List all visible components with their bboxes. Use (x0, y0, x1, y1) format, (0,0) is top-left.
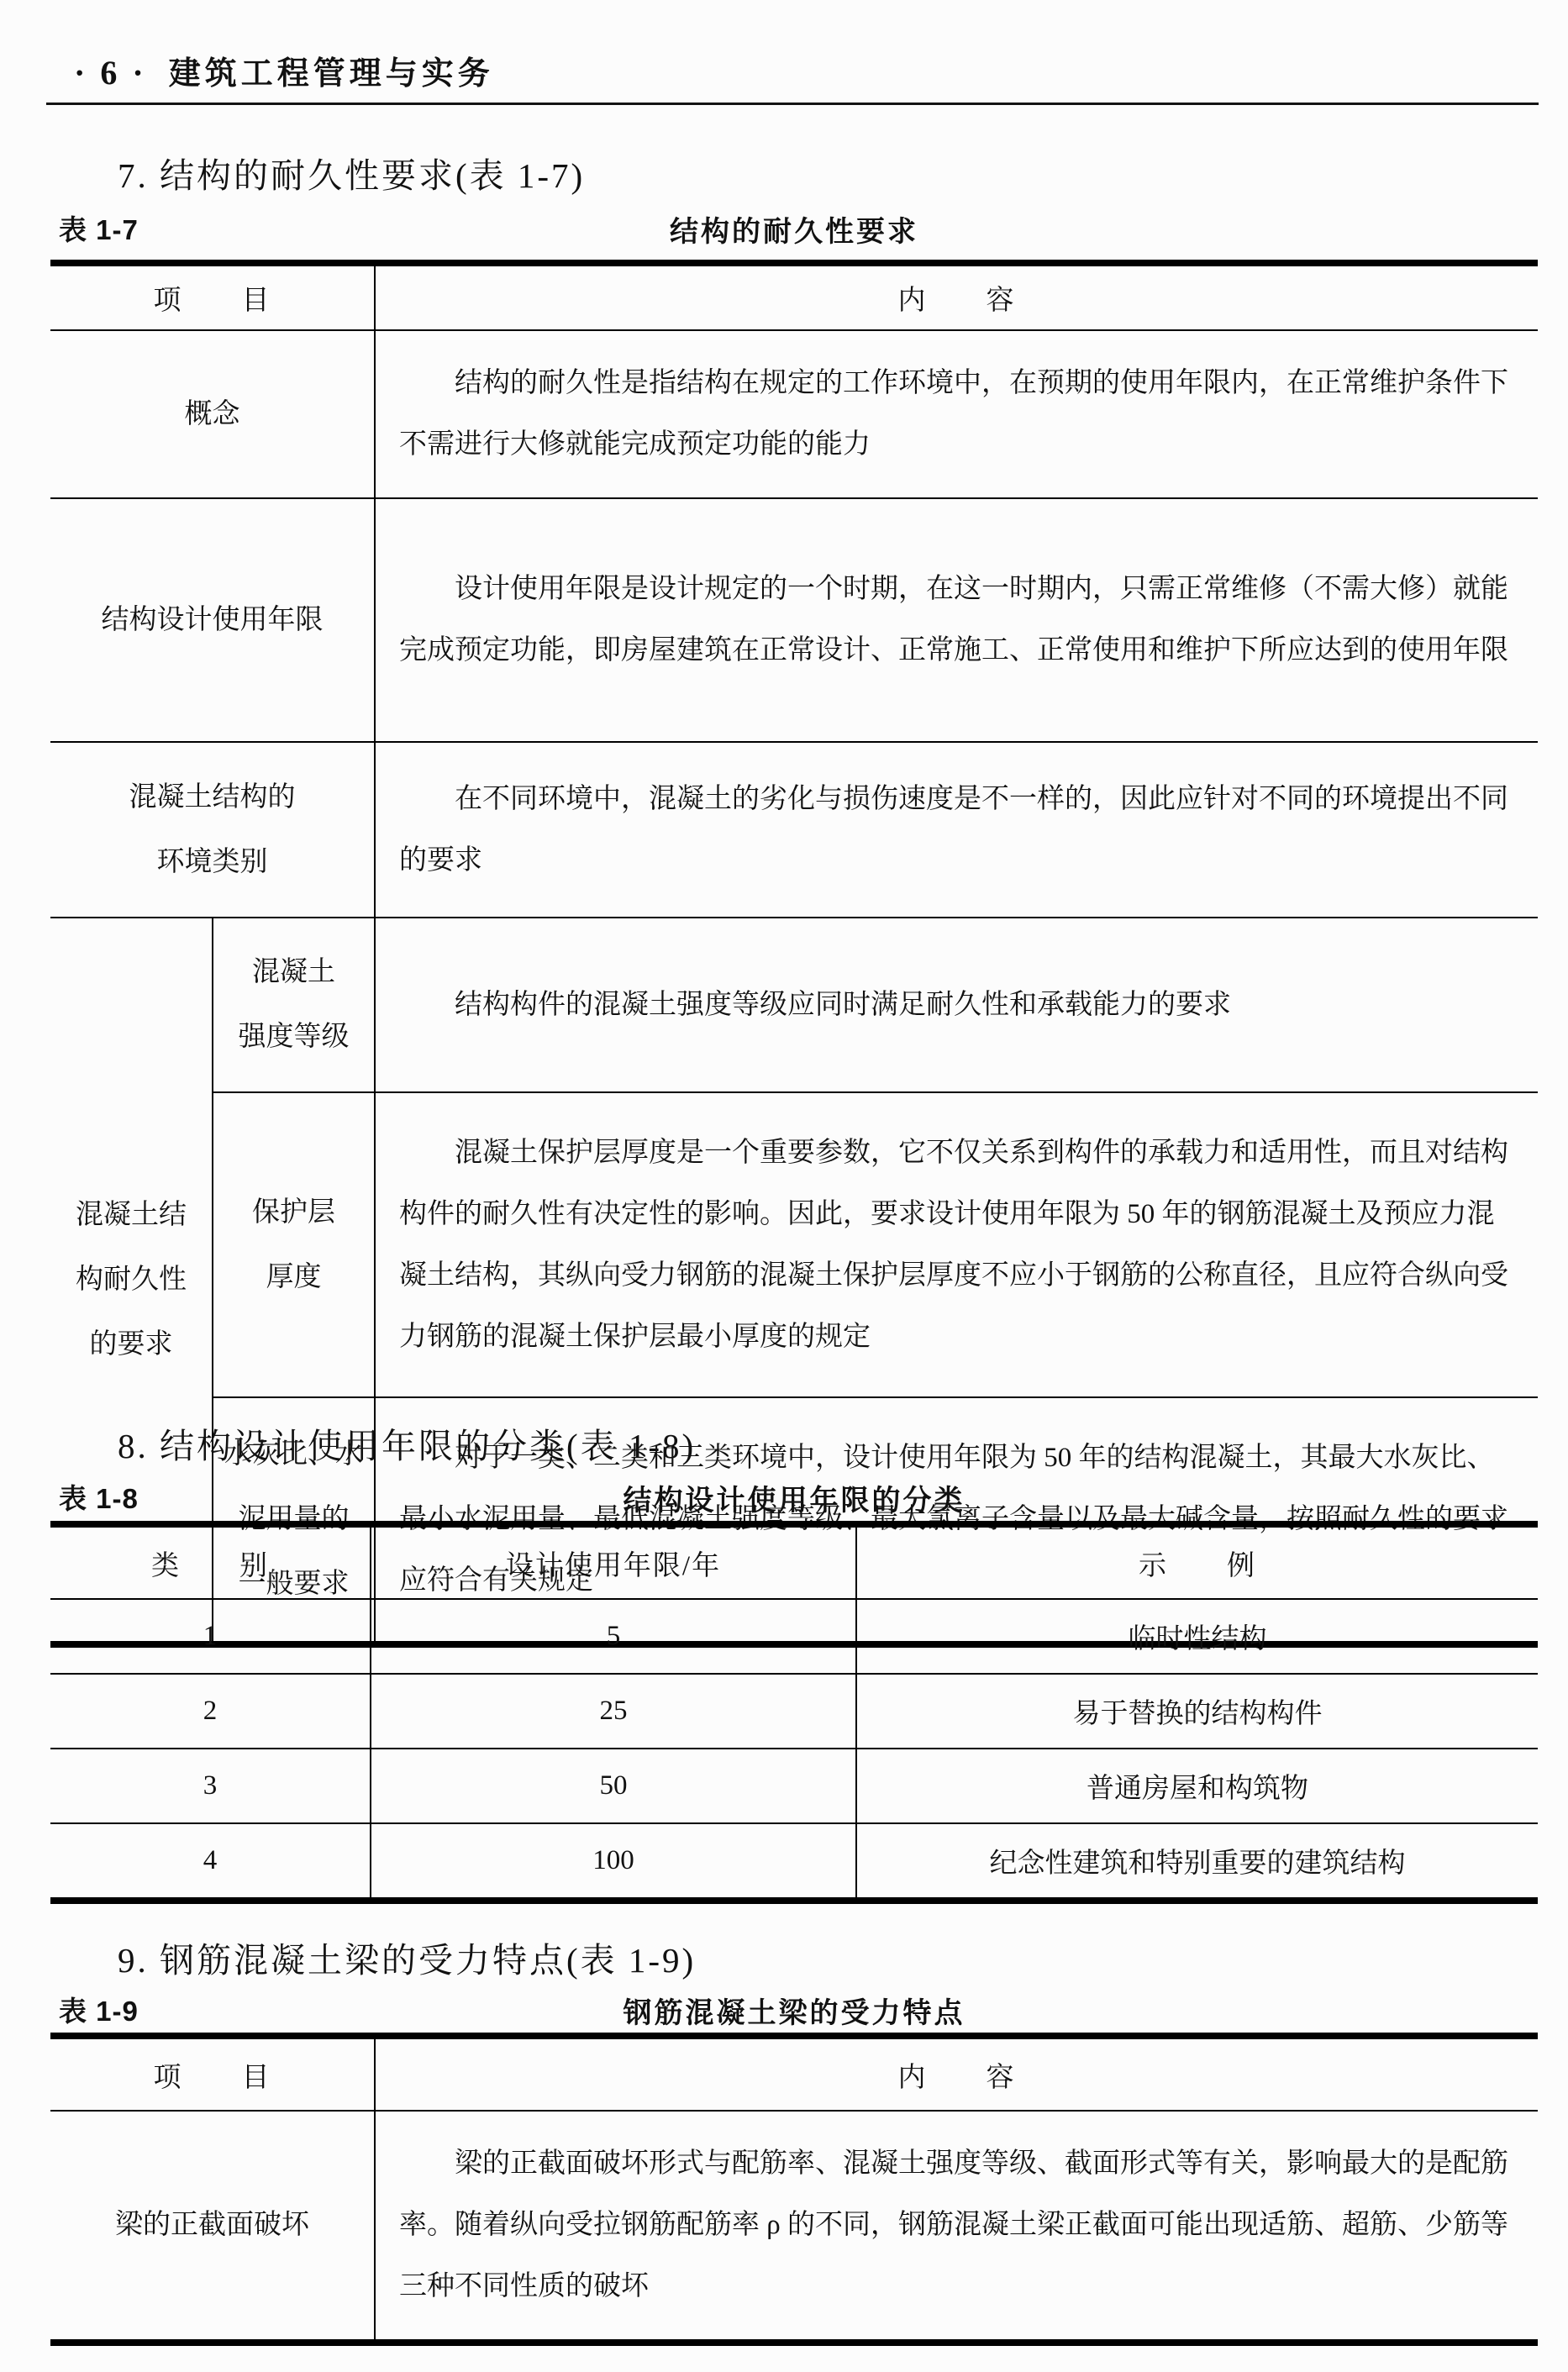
row-label-concept: 概念 (50, 330, 375, 498)
table-1-8-caption: 表 1-8 结构设计使用年限的分类 (50, 1477, 1538, 1516)
table-row: 混凝土结构的 环境类别 在不同环境中，混凝土的劣化与损伤速度是不一样的，因此应针… (50, 742, 1538, 918)
table-1-7-title: 结构的耐久性要求 (50, 208, 1538, 250)
cell-example-2: 易于替换的结构构件 (856, 1674, 1538, 1749)
cell-class-3: 3 (50, 1749, 371, 1823)
page-number: · 6 · (74, 53, 147, 92)
column-header-item: 项 目 (50, 2036, 375, 2111)
cell-years-4: 100 (371, 1823, 856, 1901)
row-text-cover-thickness: 混凝土保护层厚度是一个重要参数，它不仅关系到构件的承载力和适用性，而且对结构构件… (375, 1092, 1538, 1397)
table-row: 保护层 厚度 混凝土保护层厚度是一个重要参数，它不仅关系到构件的承载力和适用性，… (50, 1092, 1538, 1397)
table-1-9-label: 表 1-9 (59, 1990, 139, 2029)
row-text-concept: 结构的耐久性是指结构在规定的工作环境中，在预期的使用年限内，在正常维护条件下不需… (375, 330, 1538, 498)
column-header-design-life: 设计使用年限/年 (371, 1524, 856, 1599)
book-page: · 6 · 建筑工程管理与实务 7. 结构的耐久性要求(表 1-7) 表 1-7… (0, 0, 1568, 2372)
section-7-heading: 7. 结构的耐久性要求(表 1-7) (118, 148, 585, 197)
table-row: 1 5 临时性结构 (50, 1599, 1538, 1674)
cell-example-3: 普通房屋和构筑物 (856, 1749, 1538, 1823)
cell-example-1: 临时性结构 (856, 1599, 1538, 1674)
table-row: 梁的正截面破坏 梁的正截面破坏形式与配筋率、混凝土强度等级、截面形式等有关，影响… (50, 2111, 1538, 2343)
cell-class-2: 2 (50, 1674, 371, 1749)
running-head: · 6 · 建筑工程管理与实务 (74, 47, 494, 93)
column-header-item: 项 目 (50, 263, 375, 330)
table-row: 项 目 内 容 (50, 2036, 1538, 2111)
table-row: 2 25 易于替换的结构构件 (50, 1674, 1538, 1749)
table-1-9-title: 钢筋混凝土梁的受力特点 (50, 1990, 1538, 2031)
row-label-design-life: 结构设计使用年限 (50, 498, 375, 742)
cell-years-2: 25 (371, 1674, 856, 1749)
table-1-7-label: 表 1-7 (59, 208, 139, 248)
table-1-8-title: 结构设计使用年限的分类 (50, 1477, 1538, 1518)
book-title: 建筑工程管理与实务 (169, 47, 494, 93)
section-8-heading: 8. 结构设计使用年限的分类(表 1-8) (118, 1418, 696, 1468)
column-header-class: 类 别 (50, 1524, 371, 1599)
table-1-8: 类 别 设计使用年限/年 示 例 1 5 临时性结构 2 25 易于替换的结构构… (50, 1521, 1538, 1904)
cell-example-4: 纪念性建筑和特别重要的建筑结构 (856, 1823, 1538, 1901)
row-text-environment: 在不同环境中，混凝土的劣化与损伤速度是不一样的，因此应针对不同的环境提出不同的要… (375, 742, 1538, 918)
row-label-environment: 混凝土结构的 环境类别 (50, 742, 375, 918)
table-row: 概念 结构的耐久性是指结构在规定的工作环境中，在预期的使用年限内，在正常维护条件… (50, 330, 1538, 498)
cell-class-4: 4 (50, 1823, 371, 1901)
table-1-7-caption: 表 1-7 结构的耐久性要求 (50, 208, 1538, 247)
row-label-cover-thickness: 保护层 厚度 (213, 1092, 375, 1397)
header-rule (46, 103, 1539, 105)
column-header-example: 示 例 (856, 1524, 1538, 1599)
table-1-9: 项 目 内 容 梁的正截面破坏 梁的正截面破坏形式与配筋率、混凝土强度等级、截面… (50, 2033, 1538, 2346)
table-row: 4 100 纪念性建筑和特别重要的建筑结构 (50, 1823, 1538, 1901)
table-1-9-caption: 表 1-9 钢筋混凝土梁的受力特点 (50, 1990, 1538, 2028)
cell-class-1: 1 (50, 1599, 371, 1674)
cell-years-1: 5 (371, 1599, 856, 1674)
row-text-beam-failure: 梁的正截面破坏形式与配筋率、混凝土强度等级、截面形式等有关，影响最大的是配筋率。… (375, 2111, 1538, 2343)
table-row: 项 目 内 容 (50, 263, 1538, 330)
column-header-content: 内 容 (375, 263, 1538, 330)
column-header-content: 内 容 (375, 2036, 1538, 2111)
row-label-beam-failure: 梁的正截面破坏 (50, 2111, 375, 2343)
table-row: 结构设计使用年限 设计使用年限是设计规定的一个时期，在这一时期内，只需正常维修（… (50, 498, 1538, 742)
row-label-strength-grade: 混凝土 强度等级 (213, 918, 375, 1092)
table-row: 类 别 设计使用年限/年 示 例 (50, 1524, 1538, 1599)
section-9-heading: 9. 钢筋混凝土梁的受力特点(表 1-9) (118, 1933, 696, 1982)
table-1-8-label: 表 1-8 (59, 1477, 139, 1517)
table-row: 混凝土结 构耐久性 的要求 混凝土 强度等级 结构构件的混凝土强度等级应同时满足… (50, 918, 1538, 1092)
row-text-design-life: 设计使用年限是设计规定的一个时期，在这一时期内，只需正常维修（不需大修）就能完成… (375, 498, 1538, 742)
table-row: 3 50 普通房屋和构筑物 (50, 1749, 1538, 1823)
row-text-strength-grade: 结构构件的混凝土强度等级应同时满足耐久性和承载能力的要求 (375, 918, 1538, 1092)
cell-years-3: 50 (371, 1749, 856, 1823)
